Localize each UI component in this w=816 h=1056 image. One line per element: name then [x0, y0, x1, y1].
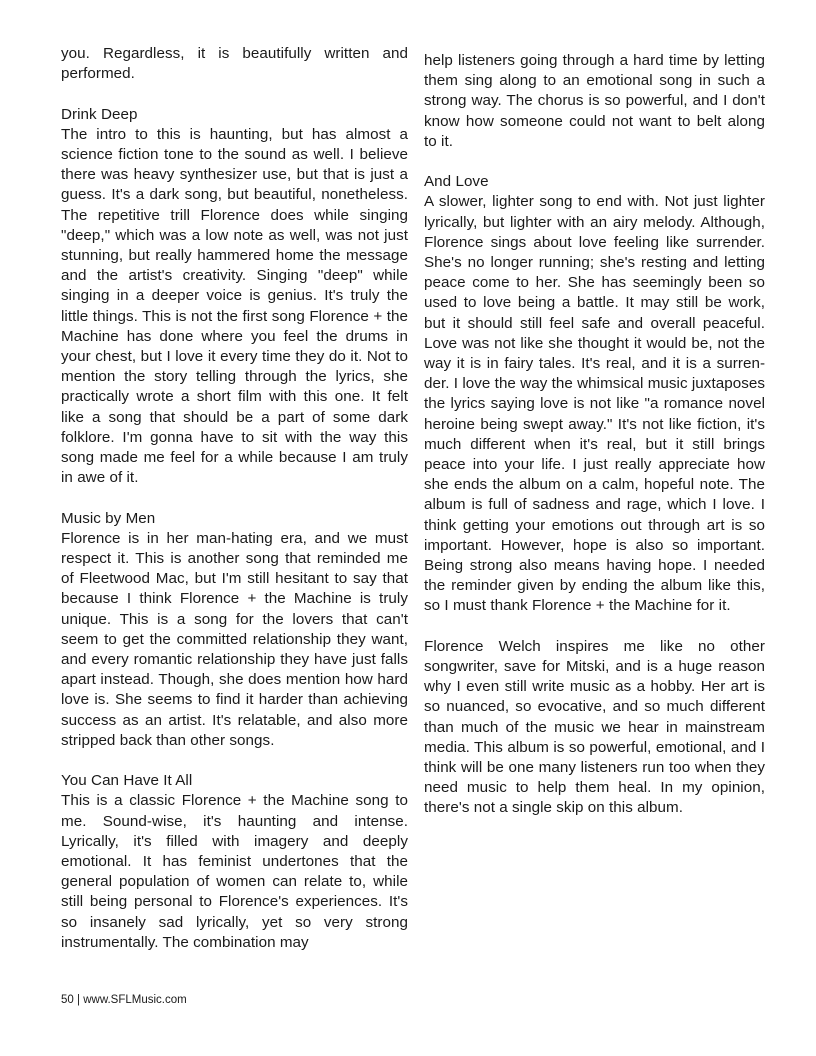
closing-paragraph: Florence Welch inspires me like no other…	[424, 637, 765, 819]
intro-paragraph: you. Regardless, it is beautifully writt…	[61, 44, 408, 84]
section-title: And Love	[424, 172, 765, 192]
section-title: Music by Men	[61, 509, 408, 529]
section-body: A slower, lighter song to end with. Not …	[424, 193, 765, 614]
page-number: 50	[61, 994, 74, 1006]
website-link[interactable]: www.SFLMusic.com	[83, 994, 187, 1006]
left-column: you. Regardless, it is beautifully writt…	[61, 44, 408, 973]
section-body: This is a classic Florence + the Machine…	[61, 792, 408, 950]
section-title: Drink Deep	[61, 105, 408, 125]
section-body: The intro to this is haunting, but has a…	[61, 126, 408, 486]
continuation-paragraph: help listeners going through a hard time…	[424, 51, 765, 152]
section-drink-deep: Drink Deep The intro to this is haunting…	[61, 105, 408, 489]
section-body: Florence is in her man-hating era, and w…	[61, 530, 408, 749]
right-column: help listeners going through a hard time…	[424, 51, 765, 839]
page-footer: 50 | www.SFLMusic.com	[61, 993, 187, 1007]
footer-separator: |	[77, 994, 80, 1006]
section-you-can-have-it-all: You Can Have It All This is a classic Fl…	[61, 771, 408, 953]
section-and-love: And Love A slower, lighter song to end w…	[424, 172, 765, 616]
section-music-by-men: Music by Men Florence is in her man-hati…	[61, 509, 408, 751]
section-title: You Can Have It All	[61, 771, 408, 791]
